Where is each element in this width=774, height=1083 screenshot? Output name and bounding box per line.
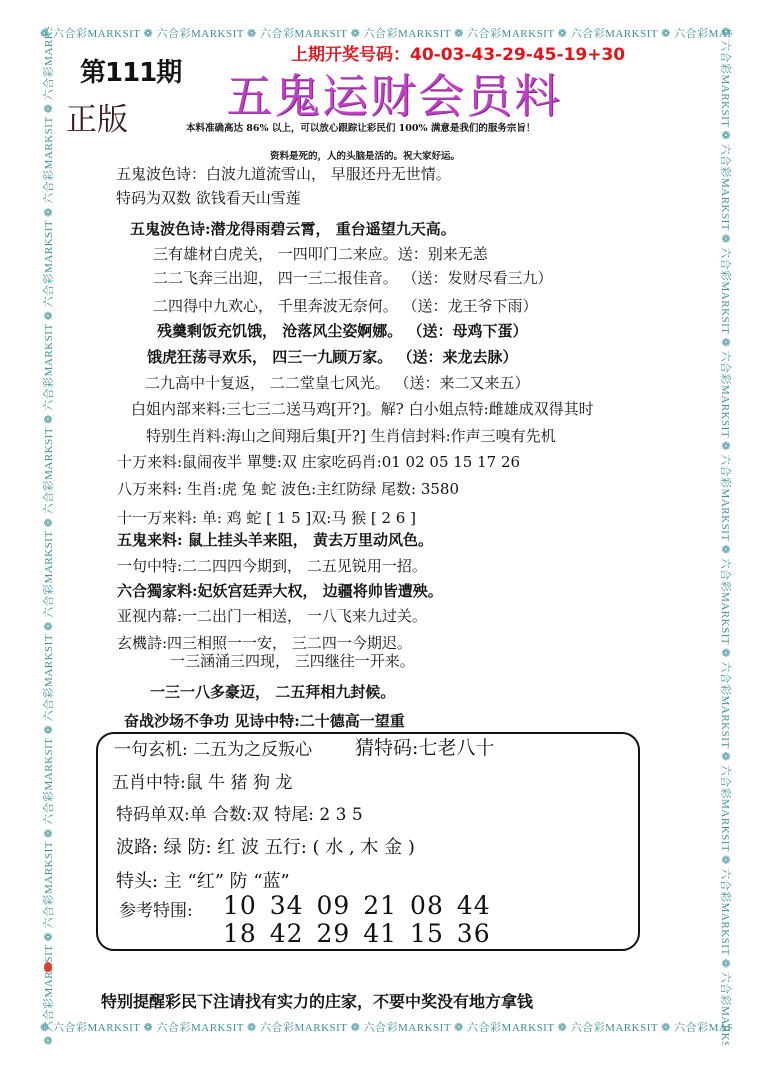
issue-number: 第111期 (80, 52, 181, 89)
genuine-label: 正版 (66, 94, 128, 139)
content-line: 二四得中九欢心， 千里奔波无奈何。 （送：龙王爷下雨） (153, 295, 538, 316)
content-line: 八万来料: 生肖:虎 兔 蛇 波色:主红防绿 尾数: 3580 (117, 478, 459, 499)
content-line: 六合獨家料:妃妖宫廷弄大权， 边疆将帅皆遭殃。 (117, 580, 443, 601)
border-left-watermark: ❁ 六合彩MARKSIT ❁ 六合彩MARKSIT ❁ 六合彩MARKSIT ❁… (42, 27, 56, 1045)
border-left: ❁ 六合彩MARKSIT ❁ 六合彩MARKSIT ❁ 六合彩MARKSIT ❁… (42, 27, 56, 1045)
content-line: 一句中特:二二四四今期到， 二五见锐用一招。 (117, 555, 427, 576)
reference-numbers-row-2: 18 42 29 41 15 36 (223, 919, 491, 948)
content-line: 一三涵涌三四现， 三四继往一开来。 (170, 650, 415, 671)
head-line: 特头: 主 “红” 防 “蓝” (116, 867, 290, 893)
content-line: 十一万来料: 单: 鸡 蛇 [ 1 5 ]双:马 猴 [ 2 6 ] (117, 507, 416, 528)
page-title: 五鬼运财会员料 (226, 60, 562, 126)
content-line: 奋战沙场不争功 见诗中特:二十德高一望重 (124, 710, 405, 731)
content-line: 一三一八多豪迈， 二五拜相九封候。 (150, 681, 395, 702)
content-line: 三有雄材白虎关， 一四叩门二来应。送：别来无恙 (153, 243, 488, 264)
footer-reminder: 特别提醒彩民下注请找有实力的庄家，不要中奖没有地方拿钱 (101, 989, 533, 1012)
content-line: 亚视内幕:一二出门一相送， 一八飞来九过关。 (117, 605, 427, 626)
content-line: 二九高中十复返， 二二堂皇七风光。 （送：来二又来五） (145, 372, 530, 393)
border-right: ❁ 六合彩MARKSIT ❁ 六合彩MARKSIT ❁ 六合彩MARKSIT ❁… (718, 27, 732, 1045)
reference-label: 参考特围: (119, 896, 193, 921)
slogan-secondary: 资料是死的，人的头脑是活的。祝大家好运。 (270, 148, 460, 162)
content-line: 特码为双数 欲钱看天山雪莲 (116, 187, 301, 208)
decorative-dot-icon (44, 962, 52, 972)
content-line: 饿虎狂荡寻欢乐， 四三一九顾万家。 （送：来龙去脉） (147, 346, 517, 367)
border-bottom-watermark: ❁ 六合彩MARKSIT ❁ 六合彩MARKSIT ❁ 六合彩MARKSIT ❁… (40, 1021, 732, 1035)
guess-line: 猜特码:七老八十 (355, 733, 494, 760)
content-line: 残羹剩饭充饥饿， 沧落风尘姿婀娜。 （送：母鸡下蛋） (157, 320, 527, 341)
five-zodiac-line: 五肖中特:鼠 牛 猪 狗 龙 (112, 768, 292, 793)
riddle-line: 一句玄机: 二五为之反叛心 (114, 735, 312, 760)
slogan: 本料准确高达 86% 以上，可以放心跟踪让彩民们 100% 满意是我们的服务宗旨… (186, 120, 535, 134)
wave-line: 波路: 绿 防: 红 波 五行: ( 水 , 木 金 ) (116, 833, 415, 859)
border-top-watermark: ❁ 六合彩MARKSIT ❁ 六合彩MARKSIT ❁ 六合彩MARKSIT ❁… (40, 27, 732, 41)
content-line: 五鬼波色诗：白波九道流雪山， 早服还丹无世情。 (116, 163, 451, 184)
content-line: 特别生肖料:海山之间翔后集[开?] 生肖信封料:作声三嗅有先机 (146, 425, 556, 446)
border-right-watermark: ❁ 六合彩MARKSIT ❁ 六合彩MARKSIT ❁ 六合彩MARKSIT ❁… (718, 27, 732, 1045)
reference-numbers-row-1: 10 34 09 21 08 44 (223, 891, 491, 920)
odd-even-line: 特码单双:单 合数:双 特尾: 2 3 5 (116, 800, 363, 825)
content-line: 十万来料:鼠闹夜半 單雙:双 庄家吃码肖:01 02 05 15 17 26 (117, 451, 520, 472)
content-line: 白姐内部来料:三七三二送马鸡[开?]。解? 白小姐点特:雌雄成双得其时 (131, 398, 594, 419)
content-line: 二二飞奔三出迎， 四一三二报佳音。 （送：发财尽看三九） (153, 267, 553, 288)
content-line: 五鬼来料: 鼠上挂头羊来阻， 黄去万里动风色。 (117, 529, 433, 550)
content-line: 五鬼波色诗:潜龙得雨碧云霄， 重台遥望九天高。 (130, 218, 456, 239)
